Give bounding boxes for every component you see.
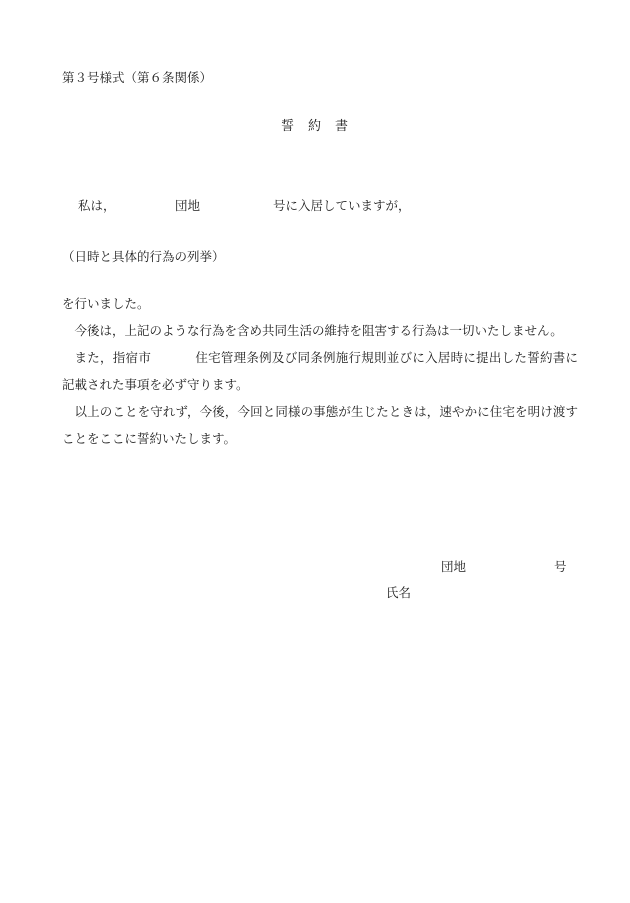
title-char: 誓 (281, 119, 294, 135)
signature-danchi-label: 団地 (441, 559, 466, 575)
title-char: 約 (308, 119, 321, 135)
form-number: 第３号様式（第６条関係） (62, 70, 212, 86)
statement-body: を行いました。 今後は，上記のような行為を含め共同生活の維持を阻害する行為は一切… (62, 290, 578, 452)
regulations-before: また，指宿市 (75, 350, 152, 365)
paragraph-did: を行いました。 (62, 290, 578, 317)
intro-part1: 私は， (78, 198, 116, 214)
intro-part2: 号に入居していますが， (273, 198, 411, 214)
signature-room-label: 号 (554, 559, 567, 575)
signature-name-label: 氏名 (386, 585, 411, 601)
paragraph-promise: 今後は，上記のような行為を含め共同生活の維持を阻害する行為は一切いたしません。 (62, 317, 578, 344)
title-char: 書 (335, 119, 348, 135)
document-title: 誓約書 (281, 119, 348, 135)
document-page: 第３号様式（第６条関係） 誓約書 私は， 団地 号に入居していますが， （日時と… (0, 0, 630, 903)
paragraph-regulations: また，指宿市住宅管理条例及び同条例施行規則並びに入居時に提出した誓約書に記載され… (62, 344, 578, 398)
intro-danchi-label: 団地 (175, 198, 200, 214)
placeholder-note: （日時と具体的行為の列挙） (62, 249, 225, 265)
paragraph-vacate: 以上のことを守れず，今後，今回と同様の事態が生じたときは，速やかに住宅を明け渡す… (62, 398, 578, 452)
